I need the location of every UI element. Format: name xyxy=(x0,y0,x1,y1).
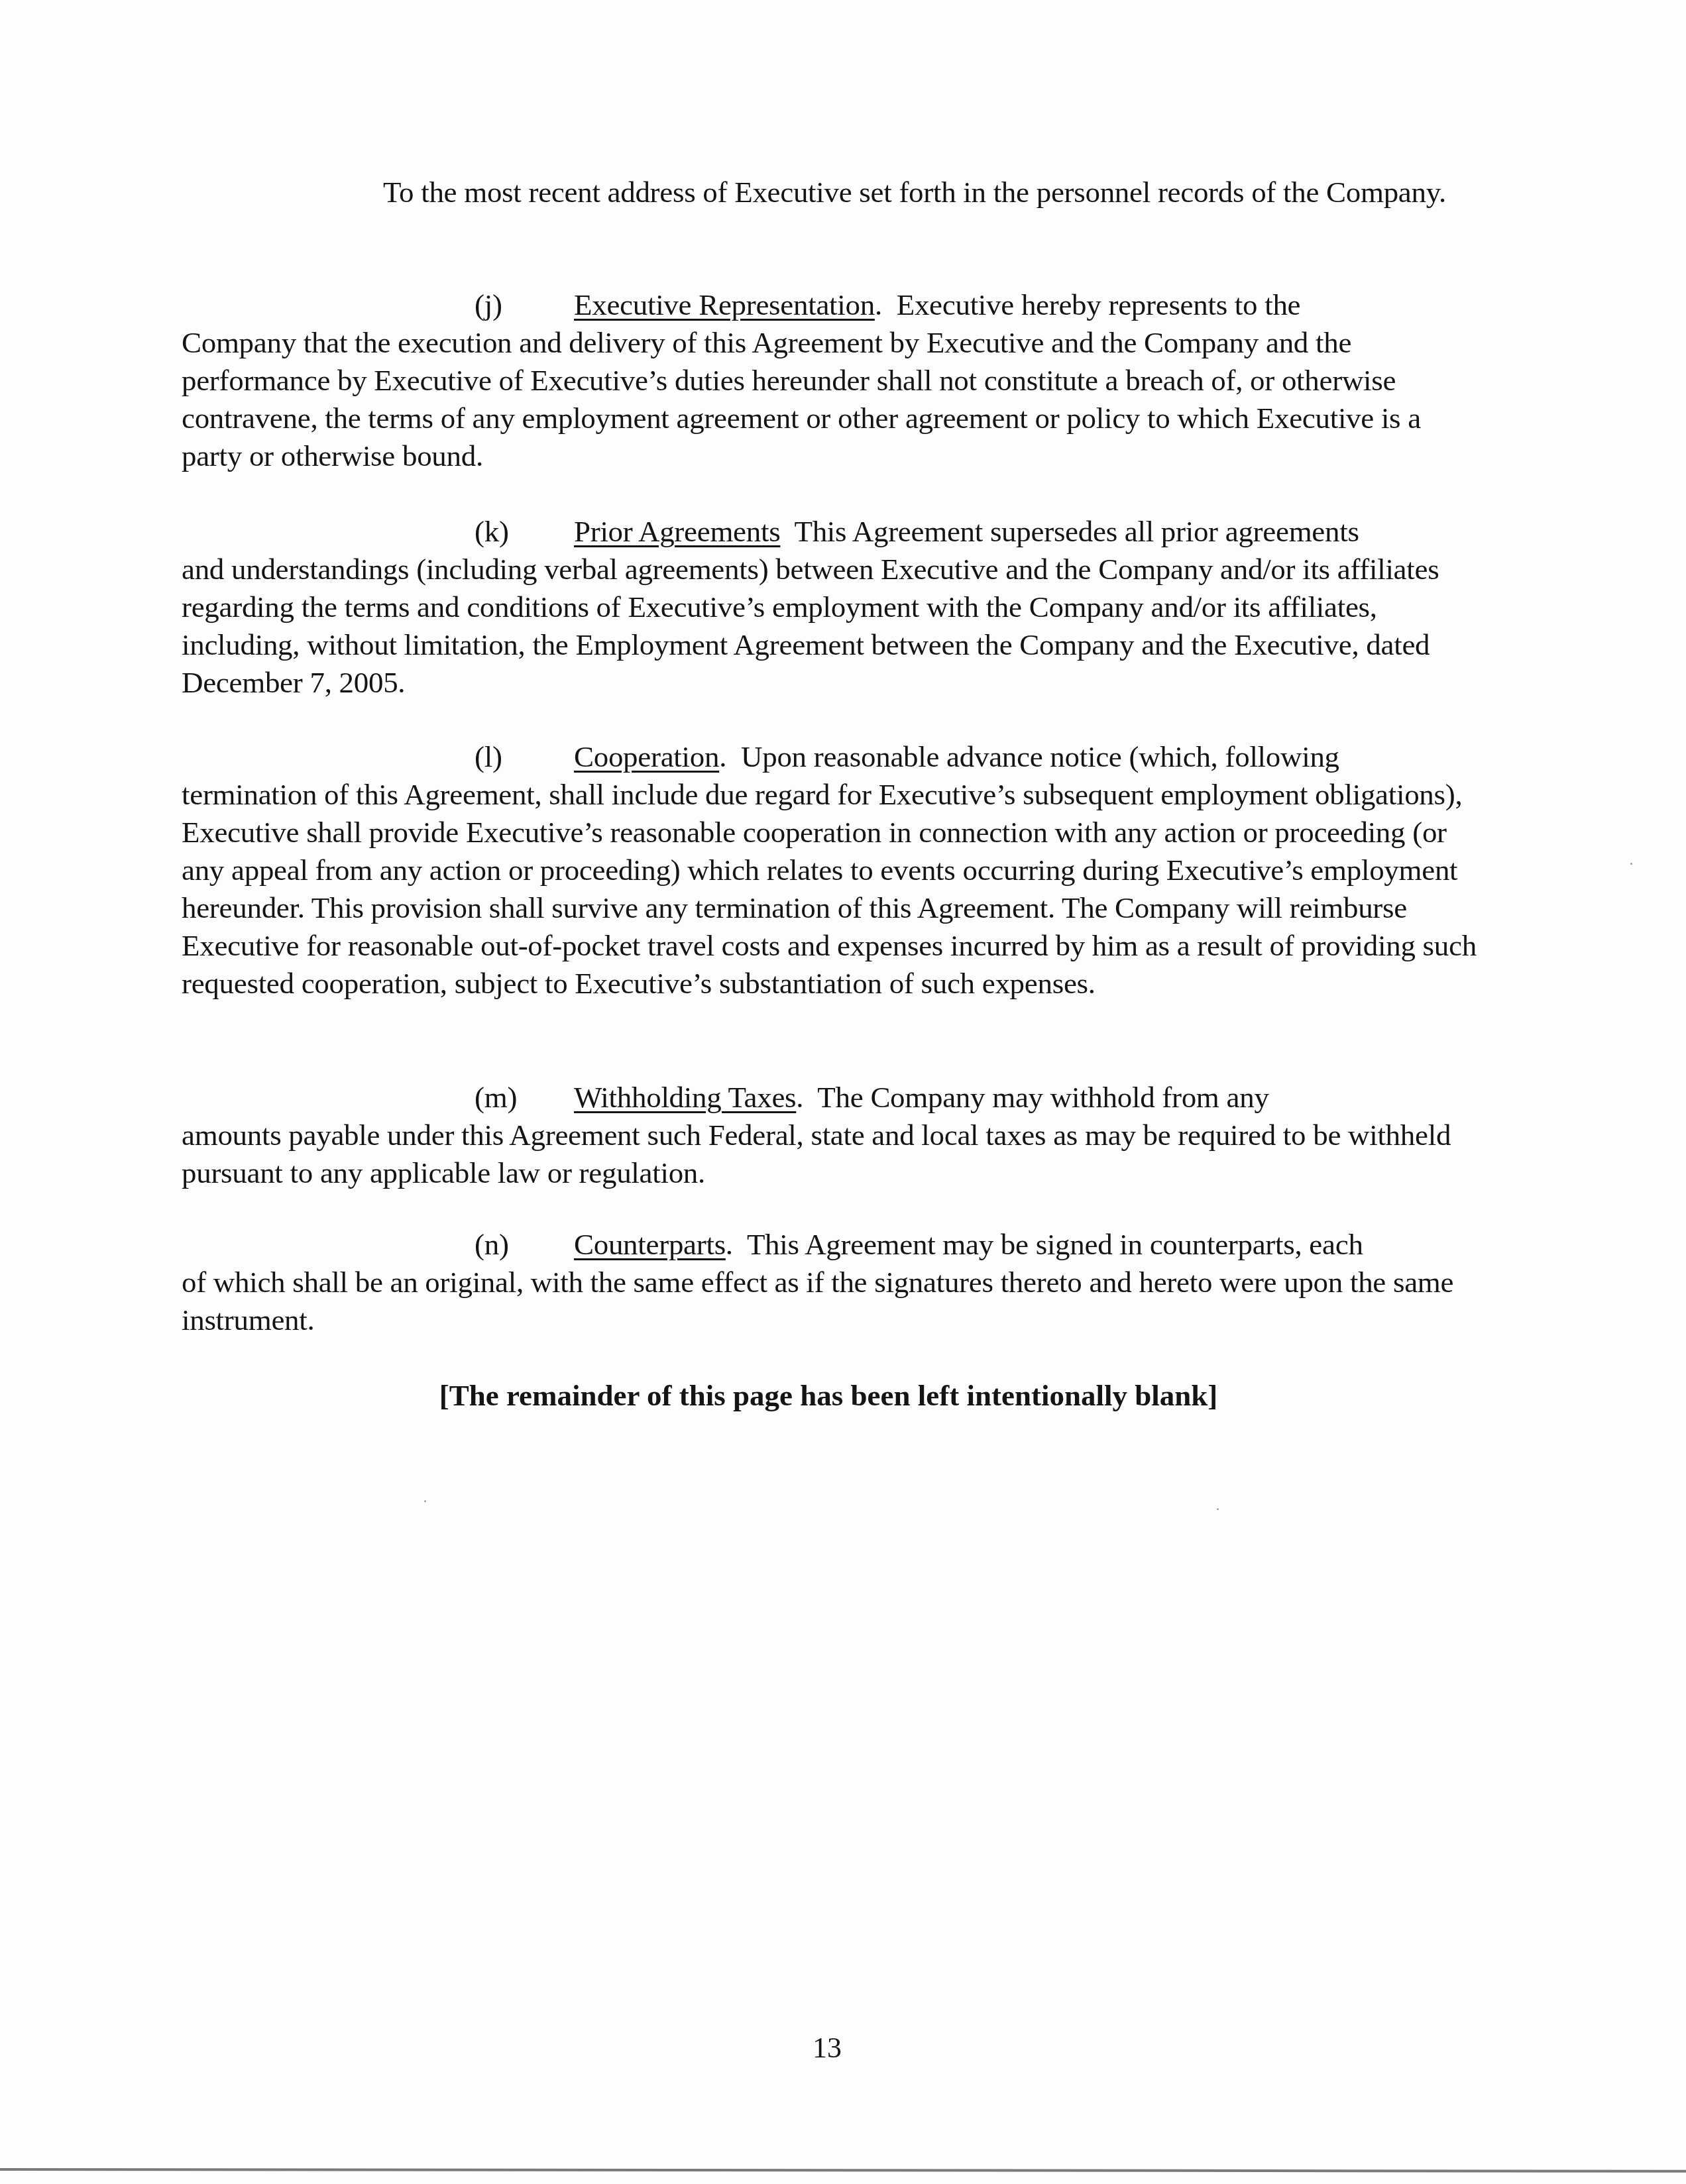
section-body: of which shall be an original, with the … xyxy=(182,1266,1453,1337)
section-heading: Cooperation xyxy=(574,740,719,773)
section-body-lead: Upon reasonable advance notice (which, f… xyxy=(726,740,1339,773)
section-lead-line: (l)Cooperation. Upon reasonable advance … xyxy=(182,738,1481,776)
section-number: (k) xyxy=(475,513,574,551)
section-heading: Counterparts xyxy=(574,1228,726,1261)
section-heading: Prior Agreements xyxy=(574,515,780,548)
section-body: termination of this Agreement, shall inc… xyxy=(182,778,1477,1000)
intro-paragraph: To the most recent address of Executive … xyxy=(383,174,1470,211)
section-body: and understandings (including verbal agr… xyxy=(182,553,1439,699)
section-lead-line: (j)Executive Representation. Executive h… xyxy=(182,286,1481,324)
heading-punctuation: . xyxy=(719,740,726,773)
section-body-lead: This Agreement supersedes all prior agre… xyxy=(780,515,1359,548)
section-m-withholding-taxes: (m)Withholding Taxes. The Company may wi… xyxy=(182,1079,1481,1192)
section-number: (n) xyxy=(475,1226,574,1264)
section-l-cooperation: (l)Cooperation. Upon reasonable advance … xyxy=(182,738,1481,1003)
section-heading: Executive Representation xyxy=(574,288,875,321)
heading-punctuation: . xyxy=(875,288,882,321)
section-number: (j) xyxy=(475,286,574,324)
section-lead-line: (k)Prior Agreements This Agreement super… xyxy=(182,513,1481,551)
section-lead-line: (m)Withholding Taxes. The Company may wi… xyxy=(182,1079,1481,1117)
scan-speck xyxy=(424,1500,426,1502)
heading-punctuation: . xyxy=(796,1081,803,1114)
section-body: amounts payable under this Agreement suc… xyxy=(182,1119,1451,1189)
scan-bottom-edge xyxy=(0,2168,1686,2173)
section-body-lead: This Agreement may be signed in counterp… xyxy=(733,1228,1363,1261)
section-lead-line: (n)Counterparts. This Agreement may be s… xyxy=(182,1226,1481,1264)
page-number: 13 xyxy=(0,2032,1654,2065)
section-heading: Withholding Taxes xyxy=(574,1081,796,1114)
section-body-lead: Executive hereby represents to the xyxy=(882,288,1300,321)
section-body: Company that the execution and delivery … xyxy=(182,326,1421,472)
section-body-lead: The Company may withhold from any xyxy=(803,1081,1268,1114)
heading-punctuation: . xyxy=(726,1228,733,1261)
scan-speck xyxy=(1630,863,1632,865)
intentionally-blank-notice: [The remainder of this page has been lef… xyxy=(0,1377,1657,1415)
scan-speck xyxy=(1217,1508,1219,1510)
section-number: (m) xyxy=(475,1079,574,1117)
section-j-executive-representation: (j)Executive Representation. Executive h… xyxy=(182,286,1481,475)
document-page: To the most recent address of Executive … xyxy=(0,0,1686,2184)
section-number: (l) xyxy=(475,738,574,776)
section-n-counterparts: (n)Counterparts. This Agreement may be s… xyxy=(182,1226,1481,1339)
section-k-prior-agreements: (k)Prior Agreements This Agreement super… xyxy=(182,513,1481,702)
